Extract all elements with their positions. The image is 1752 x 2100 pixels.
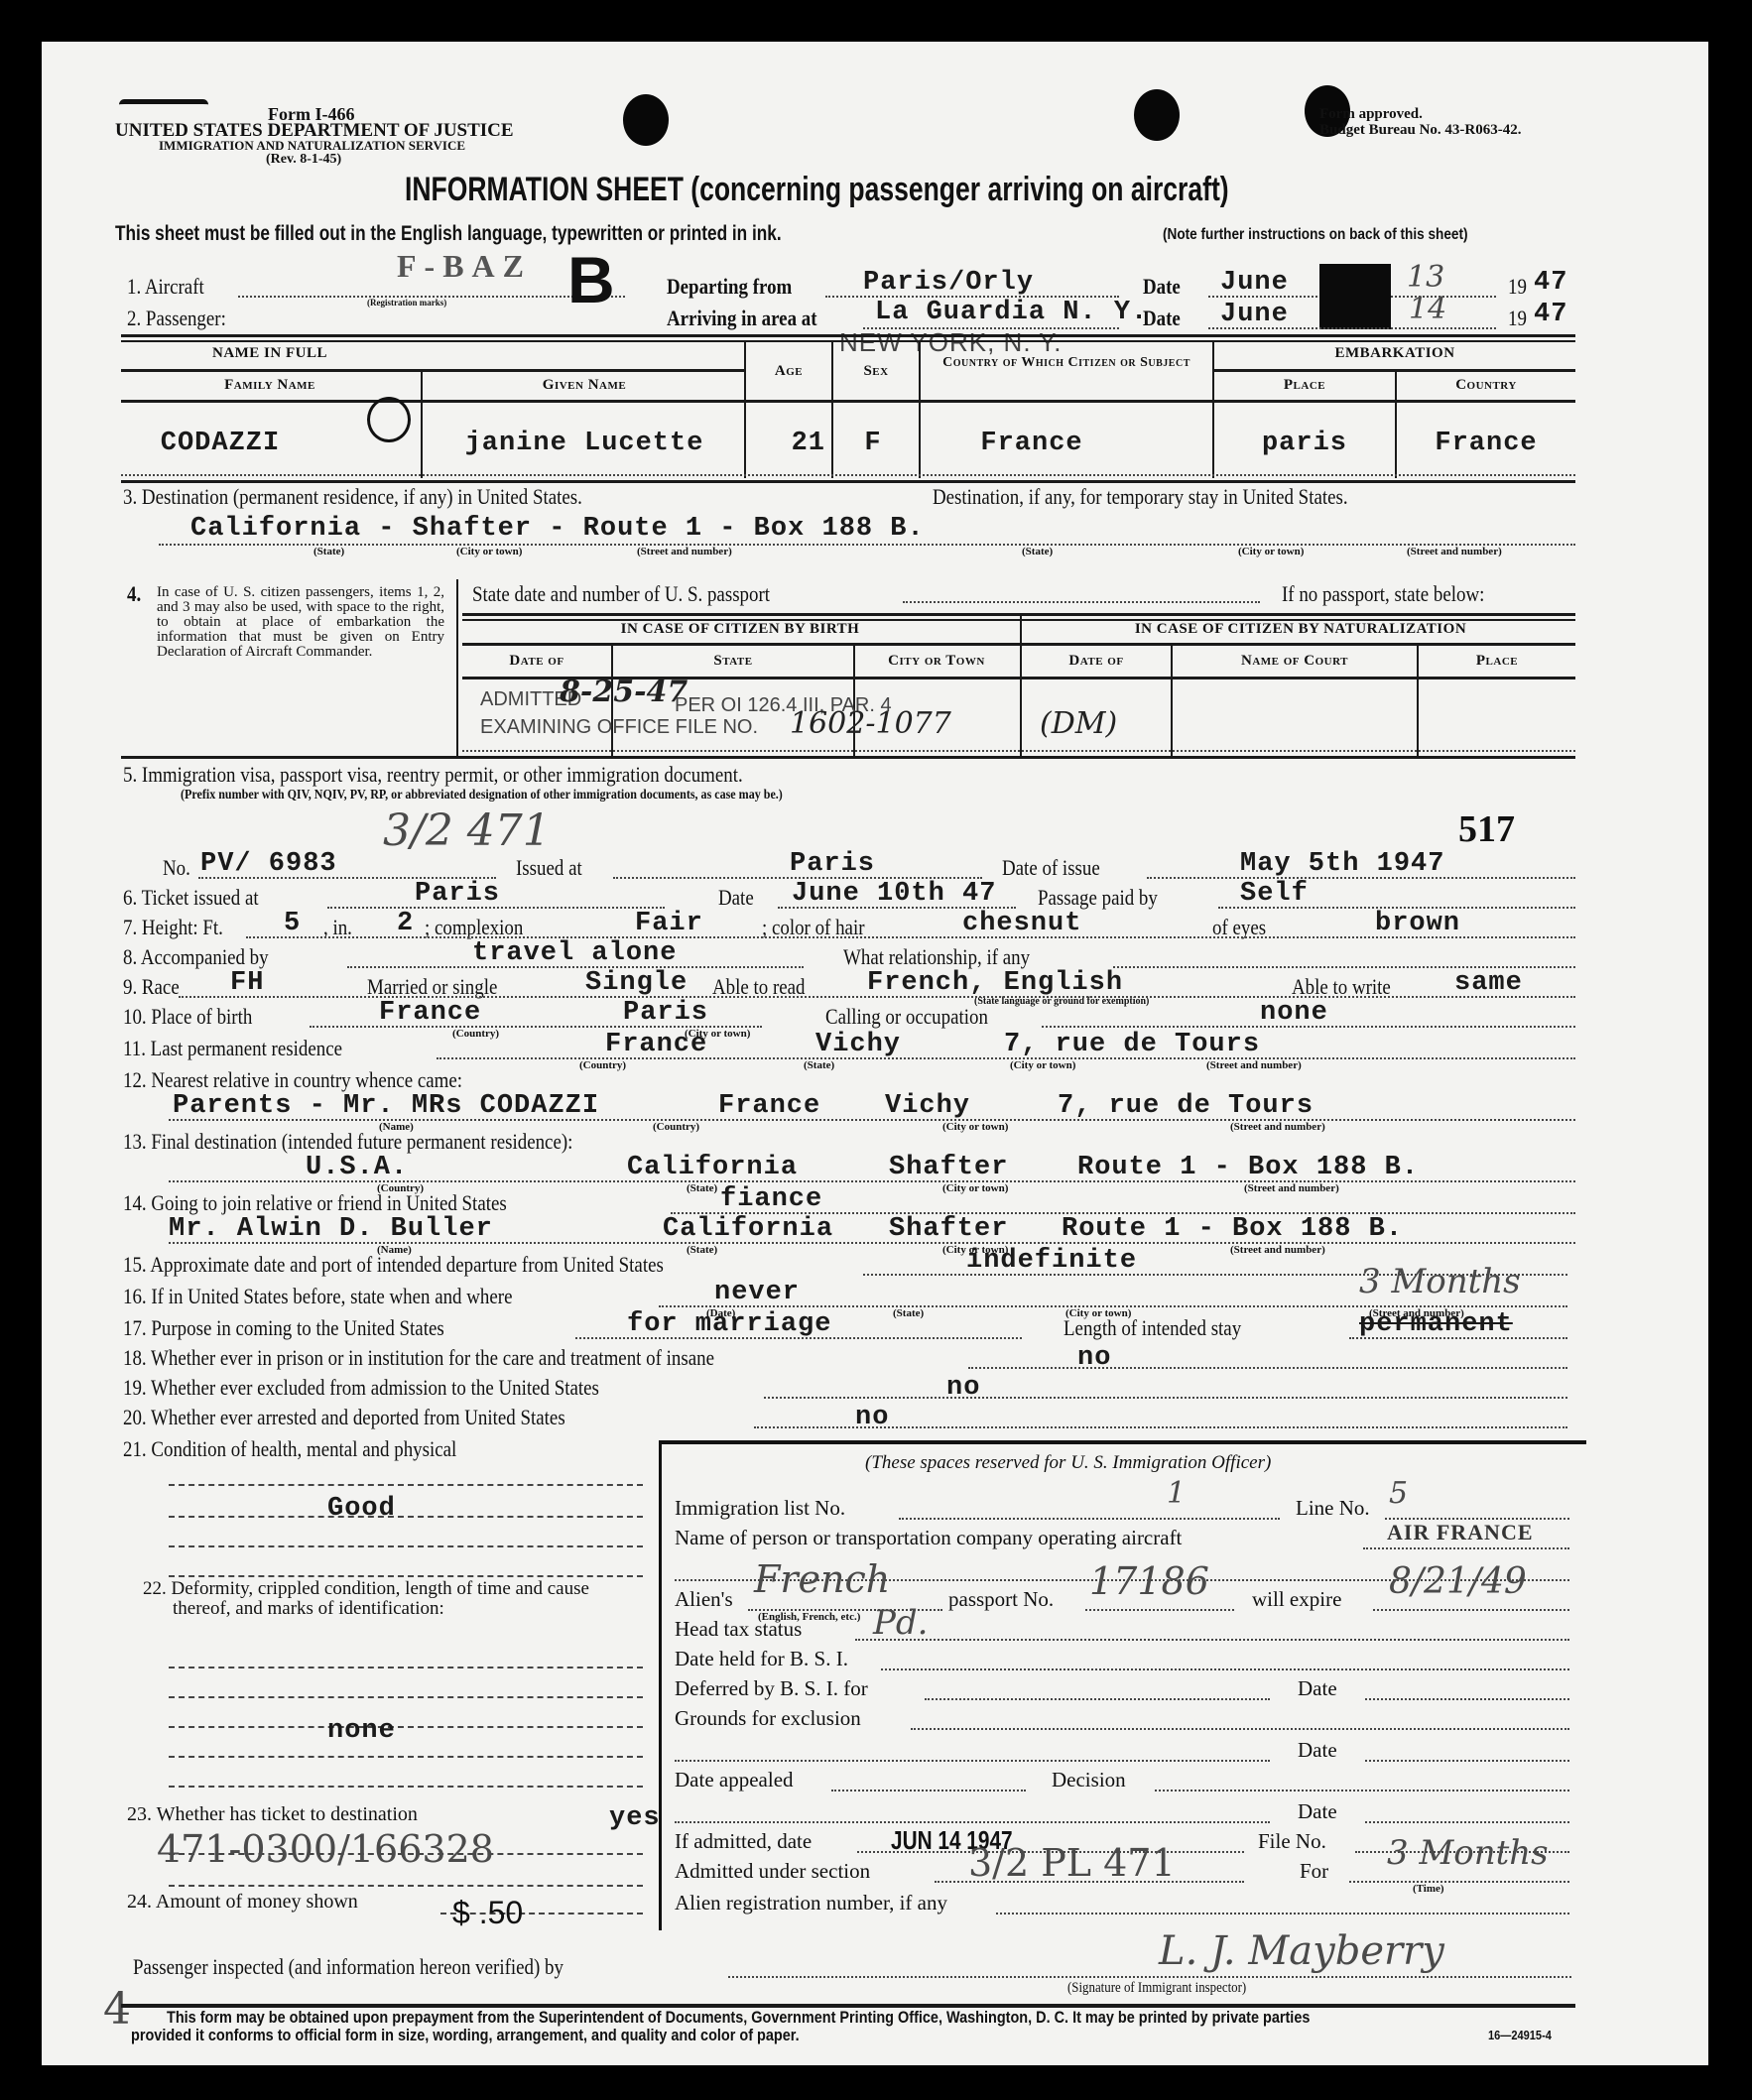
item20-label: 20. Whether ever arrested and deported f… xyxy=(123,1405,565,1430)
item21-line-2 xyxy=(169,1516,643,1518)
head-tax-label: Head tax status xyxy=(675,1617,802,1642)
previous-visit-value: never xyxy=(714,1278,800,1307)
court-name-header: Name of Court xyxy=(1173,653,1417,670)
item5-sublabel: (Prefix number with QIV, NQIV, PV, RP, o… xyxy=(181,788,783,803)
item4-number: 4. xyxy=(127,581,141,607)
final-city-value: Shafter xyxy=(889,1153,1008,1182)
col-divider xyxy=(421,371,423,478)
item23-label: 23. Whether has ticket to destination xyxy=(127,1803,418,1826)
line-no-value: 5 xyxy=(1389,1476,1408,1511)
residence-country-value: France xyxy=(605,1030,707,1059)
complexion-value: Fair xyxy=(635,909,703,938)
length-of-stay-value: permanent xyxy=(1359,1309,1513,1339)
item3-temp-sub-city: (City or town) xyxy=(1238,546,1304,557)
citizen-of-value: France xyxy=(923,429,1141,458)
family-name-value: CODAZZI xyxy=(121,429,319,458)
ticket-number-handwritten: 471-0300/166328 xyxy=(157,1827,494,1871)
bsi-held-label: Date held for B. S. I. xyxy=(675,1647,848,1671)
deferred-label: Deferred by B. S. I. for xyxy=(675,1676,868,1701)
family-name-header: Family Name xyxy=(121,377,419,394)
file-no-label: File No. xyxy=(1258,1829,1326,1854)
final-state-sublabel: (State) xyxy=(687,1182,717,1194)
decision-line-2 xyxy=(675,1821,1270,1823)
punch-hole xyxy=(1134,89,1180,141)
relative-street-sublabel: (Street and number) xyxy=(1230,1121,1325,1133)
alien-nationality-value: French xyxy=(754,1557,890,1601)
immigration-list-value: 1 xyxy=(1167,1476,1186,1511)
item21-line-1 xyxy=(169,1484,643,1486)
arrival-stamp: NEW YORK, N. Y. xyxy=(839,327,1063,358)
join-street-value: Route 1 - Box 188 B. xyxy=(1062,1214,1403,1244)
residence-city-sublabel: (City or town) xyxy=(1010,1059,1075,1071)
arriving-label: Arriving in area at xyxy=(667,306,817,331)
issued-at-value: Paris xyxy=(790,849,875,879)
final-country-value: U.S.A. xyxy=(306,1153,408,1182)
embarkation-header: EMBARKATION xyxy=(1214,345,1575,362)
aircraft-registration: F-BAZ xyxy=(397,248,532,285)
budget-bureau: Budget Bureau No. 43-R063-42. xyxy=(1319,123,1521,139)
name-subheader-rule xyxy=(121,369,744,372)
aircraft-handwritten-letter: B xyxy=(567,242,615,317)
passenger-label: 2. Passenger: xyxy=(127,306,226,331)
admitted-section-label: Admitted under section xyxy=(675,1859,870,1884)
grounds-label: Grounds for exclusion xyxy=(675,1706,861,1731)
inspected-by-label: Passenger inspected (and information her… xyxy=(133,1954,563,1980)
item5-handwritten-section: 3/2 471 xyxy=(383,805,551,856)
col-divider xyxy=(1395,371,1397,478)
residence-country-sublabel: (Country) xyxy=(579,1059,626,1071)
page-mark: 4 xyxy=(103,1984,131,2035)
grounds-line-2 xyxy=(675,1760,1270,1762)
depart-date-label: Date xyxy=(1143,274,1181,300)
embark-place-value: paris xyxy=(1214,429,1395,458)
ticket-issued-at-value: Paris xyxy=(415,879,500,909)
final-street-value: Route 1 - Box 188 B. xyxy=(1077,1153,1419,1182)
company-line xyxy=(1363,1547,1569,1549)
no-passport-label: If no passport, state below: xyxy=(1282,581,1484,607)
relative-country-sublabel: (Country) xyxy=(653,1121,699,1133)
item19-line xyxy=(764,1397,1567,1399)
admitted-section-value: 3/2 PL 471 xyxy=(968,1841,1176,1885)
nat-place-header: Place xyxy=(1419,653,1575,670)
final-state-value: California xyxy=(627,1153,798,1182)
item4-birth-nat-divider xyxy=(1020,615,1022,756)
item5-label: 5. Immigration visa, passport visa, reen… xyxy=(123,762,743,788)
excluded-value: no xyxy=(946,1373,980,1403)
item3-sub-city: (City or town) xyxy=(456,546,522,557)
item3-sub-street: (Street and number) xyxy=(637,546,732,557)
place-header: Place xyxy=(1214,377,1395,394)
page-title: INFORMATION SHEET (concerning passenger … xyxy=(405,171,1229,209)
birth-city-header: City or Town xyxy=(855,653,1018,670)
birth-city-value: Paris xyxy=(623,998,708,1028)
item15-label: 15. Approximate date and port of intende… xyxy=(123,1252,664,1278)
stamp-initials: (DM) xyxy=(1040,706,1117,741)
item4-note: In case of U. S. citizen passengers, ite… xyxy=(157,585,444,660)
alien-registration-label: Alien registration number, if any xyxy=(675,1891,947,1915)
item6-label: 6. Ticket issued at xyxy=(123,885,259,911)
name-row-line xyxy=(121,474,1575,476)
arrive-year-prefix: 19 xyxy=(1508,306,1527,331)
staple-mark xyxy=(119,99,208,110)
relative-street-value: 7, rue de Tours xyxy=(1058,1091,1314,1121)
decision-line xyxy=(1155,1790,1569,1791)
join-state-sublabel: (State) xyxy=(687,1244,717,1256)
circled-mark xyxy=(367,397,411,442)
item22-label: 22. Deformity, crippled condition, lengt… xyxy=(125,1579,645,1619)
item3-temp-sub-street: (Street and number) xyxy=(1407,546,1502,557)
officer-box-heading: (These spaces reserved for U. S. Immigra… xyxy=(865,1452,1271,1474)
join-name-value: Mr. Alwin D. Buller xyxy=(169,1214,493,1244)
health-value: Good xyxy=(327,1494,396,1524)
for-label: For xyxy=(1300,1859,1328,1884)
final-street-sublabel: (Street and number) xyxy=(1244,1182,1339,1194)
approval-note: Form approved. xyxy=(1319,107,1423,123)
table-bottom-rule xyxy=(121,480,1575,483)
item4-bottom-rule xyxy=(121,756,1575,759)
item22-line-1 xyxy=(169,1667,643,1668)
expire-label: will expire xyxy=(1252,1587,1341,1612)
visa-number-value: PV/ 6983 xyxy=(200,849,337,879)
join-city-value: Shafter xyxy=(889,1214,1008,1244)
service-name: IMMIGRATION AND NATURALIZATION SERVICE xyxy=(159,139,465,153)
relative-name-value: Parents - Mr. MRs CODAZZI xyxy=(173,1091,599,1121)
deferred-date-label: Date xyxy=(1298,1676,1337,1701)
grounds-date-label: Date xyxy=(1298,1738,1337,1763)
departing-from-value: Paris/Orly xyxy=(863,268,1034,298)
passport-no-line xyxy=(1085,1609,1234,1611)
depart-date-month: June xyxy=(1220,268,1289,298)
head-tax-line xyxy=(855,1639,1569,1641)
date-of-issue-value: May 5th 1947 xyxy=(1240,849,1444,879)
us-passport-label: State date and number of U. S. passport xyxy=(472,581,770,607)
item3-destination-value: California - Shafter - Route 1 - Box 188… xyxy=(190,514,925,544)
admitted-stamp-date: 8-25-47 xyxy=(560,675,688,709)
deported-value: no xyxy=(855,1403,889,1432)
time-sublabel: (Time) xyxy=(1413,1883,1444,1895)
birth-state-header: State xyxy=(613,653,853,670)
residence-state-value: Vichy xyxy=(815,1030,901,1059)
company-value: AIR FRANCE xyxy=(1387,1520,1534,1545)
col-divider xyxy=(1171,645,1173,756)
embark-country-value: France xyxy=(1397,429,1575,458)
item3-temp-sub-state: (State) xyxy=(1022,546,1053,557)
residence-street-value: 7, rue de Tours xyxy=(1004,1030,1260,1059)
able-to-read-value: French, English xyxy=(867,968,1123,998)
handwritten-stay-note: 3 Months xyxy=(1359,1262,1521,1301)
occupation-value: none xyxy=(1260,998,1328,1028)
instruction-text: This sheet must be filled out in the Eng… xyxy=(115,222,782,246)
col-divider xyxy=(1417,645,1419,756)
age-value: 21 xyxy=(746,429,825,458)
aircraft-label: 1. Aircraft xyxy=(127,274,204,300)
date-appealed-line xyxy=(831,1790,1026,1791)
footer-notice-line1: This form may be obtained upon prepaymen… xyxy=(167,2008,1310,2028)
admitted-for-value: 3 Months xyxy=(1387,1833,1549,1873)
item7-line xyxy=(246,936,1575,938)
height-inches-value: 2 xyxy=(397,909,414,938)
item13-label: 13. Final destination (intended future p… xyxy=(123,1129,572,1155)
relationship-label: What relationship, if any xyxy=(843,944,1030,970)
citizen-header: Country of Which Citizen or Subject xyxy=(923,355,1210,371)
ticket-date-value: June 10th 47 xyxy=(792,879,996,909)
signature-sublabel: (Signature of Immigrant inspector) xyxy=(1067,1980,1246,1997)
item18-line xyxy=(968,1367,1567,1369)
able-to-write-value: same xyxy=(1454,968,1523,998)
col-divider xyxy=(919,342,921,478)
head-tax-value: Pd. xyxy=(873,1603,928,1643)
item4-divider xyxy=(456,579,458,756)
item3-label: 3. Destination (permanent residence, if … xyxy=(123,484,582,510)
married-value: Single xyxy=(585,968,688,998)
header-bottom-rule xyxy=(121,400,1575,403)
item22-line-3 xyxy=(169,1726,643,1728)
item12-label: 12. Nearest relative in country whence c… xyxy=(123,1067,462,1093)
citizen-by-birth-header: IN CASE OF CITIZEN BY BIRTH xyxy=(462,621,1018,638)
prison-value: no xyxy=(1077,1343,1111,1373)
passport-no-value: 17186 xyxy=(1089,1559,1209,1603)
footer-notice-line2: provided it conforms to official form in… xyxy=(131,2026,800,2045)
examining-office-file-number: 1602-1077 xyxy=(790,706,951,741)
relative-city-value: Vichy xyxy=(885,1091,970,1121)
given-name-header: Given Name xyxy=(425,377,744,394)
item3-line xyxy=(159,544,1575,546)
join-relation-value: fiance xyxy=(720,1184,822,1214)
inspector-signature: L. J. Mayberry xyxy=(1159,1928,1444,1974)
arrive-date-label: Date xyxy=(1143,306,1181,331)
for-line xyxy=(1349,1881,1569,1883)
item5-handwritten-number: 517 xyxy=(1458,807,1515,851)
item17-label: 17. Purpose in coming to the United Stat… xyxy=(123,1315,444,1341)
age-header: Age xyxy=(746,363,831,380)
item3-sub-state: (State) xyxy=(313,546,344,557)
item16-label: 16. If in United States before, state wh… xyxy=(123,1284,512,1309)
ticket-to-destination-value: yes xyxy=(609,1803,661,1833)
item9-label: 9. Race xyxy=(123,974,180,1000)
arrive-date-month: June xyxy=(1220,300,1289,329)
item3-temp-label: Destination, if any, for temporary stay … xyxy=(933,484,1348,510)
depart-date-day: 13 xyxy=(1407,260,1444,295)
eye-color-value: brown xyxy=(1375,909,1460,938)
final-city-sublabel: (City or town) xyxy=(942,1182,1008,1194)
item21-line-3 xyxy=(169,1545,643,1547)
revision: (Rev. 8-1-45) xyxy=(266,153,341,168)
height-feet-value: 5 xyxy=(284,909,301,938)
item7-label: 7. Height: Ft. xyxy=(123,915,223,940)
decision-label: Decision xyxy=(1052,1768,1126,1792)
item4-row-line xyxy=(462,750,1575,752)
item11-label: 11. Last permanent residence xyxy=(123,1036,342,1061)
decision-date-label: Date xyxy=(1298,1799,1337,1824)
signature-line xyxy=(728,1976,1571,1978)
occupation-label: Calling or occupation xyxy=(825,1004,988,1030)
passport-no-label: passport No. xyxy=(948,1587,1054,1612)
grounds-line xyxy=(911,1728,1569,1730)
item4-rule xyxy=(462,613,1575,616)
relative-city-sublabel: (City or town) xyxy=(942,1121,1008,1133)
join-street-sublabel: (Street and number) xyxy=(1230,1244,1325,1256)
line-no-label: Line No. xyxy=(1296,1496,1370,1521)
departing-label: Departing from xyxy=(667,274,792,300)
punch-hole xyxy=(623,94,669,146)
item21-line-4 xyxy=(169,1575,643,1577)
back-instructions-note: (Note further instructions on back of th… xyxy=(1163,226,1468,244)
table-top-rule-2 xyxy=(121,340,1575,342)
birth-date-header: Date of xyxy=(462,653,611,670)
deferred-line xyxy=(925,1698,1270,1700)
alien-label: Alien's xyxy=(675,1587,733,1612)
print-code: 16—24915-4 xyxy=(1488,2028,1552,2042)
item10-label: 10. Place of birth xyxy=(123,1004,252,1030)
us-passport-line xyxy=(903,601,1260,603)
date-of-issue-label: Date of issue xyxy=(1002,855,1100,881)
alien-registration-line xyxy=(996,1913,1569,1915)
grounds-date-line xyxy=(1365,1760,1569,1762)
immigration-list-label: Immigration list No. xyxy=(675,1496,845,1521)
given-name-value: janine Lucette xyxy=(425,429,744,458)
item22-line-2 xyxy=(169,1696,643,1698)
name-in-full-header: NAME IN FULL xyxy=(121,345,419,362)
deferred-date-line xyxy=(1365,1698,1569,1700)
birth-country-sublabel: (Country) xyxy=(452,1028,499,1040)
item21-label: 21. Condition of health, mental and phys… xyxy=(123,1436,456,1462)
previous-state-sublabel: (State) xyxy=(893,1307,924,1319)
length-of-stay-label: Length of intended stay xyxy=(1064,1315,1241,1341)
redaction-box xyxy=(1319,264,1391,329)
accompanied-by-value: travel alone xyxy=(472,938,677,968)
examining-office-label: EXAMINING OFFICE FILE NO. xyxy=(480,716,758,739)
item24-label: 24. Amount of money shown xyxy=(127,1891,358,1914)
issued-at-label: Issued at xyxy=(516,855,582,881)
sex-value: F xyxy=(833,429,913,458)
country-header: Country xyxy=(1397,377,1575,394)
join-state-value: California xyxy=(663,1214,833,1244)
admitted-date-label: If admitted, date xyxy=(675,1829,812,1854)
date-appealed-label: Date appealed xyxy=(675,1768,794,1792)
registration-marks-sublabel: (Registration marks) xyxy=(367,298,446,308)
deformity-value: none xyxy=(327,1716,396,1746)
item14-label: 14. Going to join relative or friend in … xyxy=(123,1190,507,1216)
immigration-list-line xyxy=(899,1518,1280,1520)
purpose-value: for marriage xyxy=(627,1309,831,1339)
item18-label: 18. Whether ever in prison or in institu… xyxy=(123,1345,714,1371)
birth-country-value: France xyxy=(379,998,481,1028)
item22-line-5 xyxy=(169,1786,643,1788)
hair-color-value: chesnut xyxy=(962,909,1081,938)
depart-year-prefix: 19 xyxy=(1508,274,1527,300)
item19-label: 19. Whether ever excluded from admission… xyxy=(123,1375,599,1401)
expire-value: 8/21/49 xyxy=(1389,1561,1527,1602)
item23-line-2 xyxy=(169,1885,643,1887)
bsi-held-line xyxy=(881,1668,1569,1670)
table-top-rule xyxy=(121,334,1575,337)
item22-line-4 xyxy=(169,1756,643,1758)
departure-value: indefinite xyxy=(966,1246,1137,1276)
relative-country-value: France xyxy=(718,1091,820,1121)
sex-header: Sex xyxy=(833,363,919,380)
company-label: Name of person or transportation company… xyxy=(675,1526,1182,1550)
residence-street-sublabel: (Street and number) xyxy=(1206,1059,1302,1071)
arriving-at-value: La Guardia N. Y. xyxy=(875,298,1148,327)
depart-year: 47 xyxy=(1534,268,1567,298)
visa-no-label: No. xyxy=(163,855,190,881)
citizen-by-naturalization-header: IN CASE OF CITIZEN BY NATURALIZATION xyxy=(1026,621,1575,638)
ticket-date-label: Date xyxy=(718,885,754,911)
passage-paid-value: Self xyxy=(1240,879,1309,909)
arrive-date-day: 14 xyxy=(1409,292,1446,326)
expire-line xyxy=(1373,1609,1569,1611)
item8-label: 8. Accompanied by xyxy=(123,944,269,970)
money-shown-value: $ .50 xyxy=(452,1895,523,1931)
race-value: FH xyxy=(230,968,264,998)
passage-paid-label: Passage paid by xyxy=(1038,885,1158,911)
nat-date-header: Date of xyxy=(1022,653,1171,670)
residence-state-sublabel: (State) xyxy=(804,1059,834,1071)
arrive-year: 47 xyxy=(1534,300,1567,329)
item4-sub-rule xyxy=(462,643,1575,646)
decision-date-line xyxy=(1365,1821,1569,1823)
